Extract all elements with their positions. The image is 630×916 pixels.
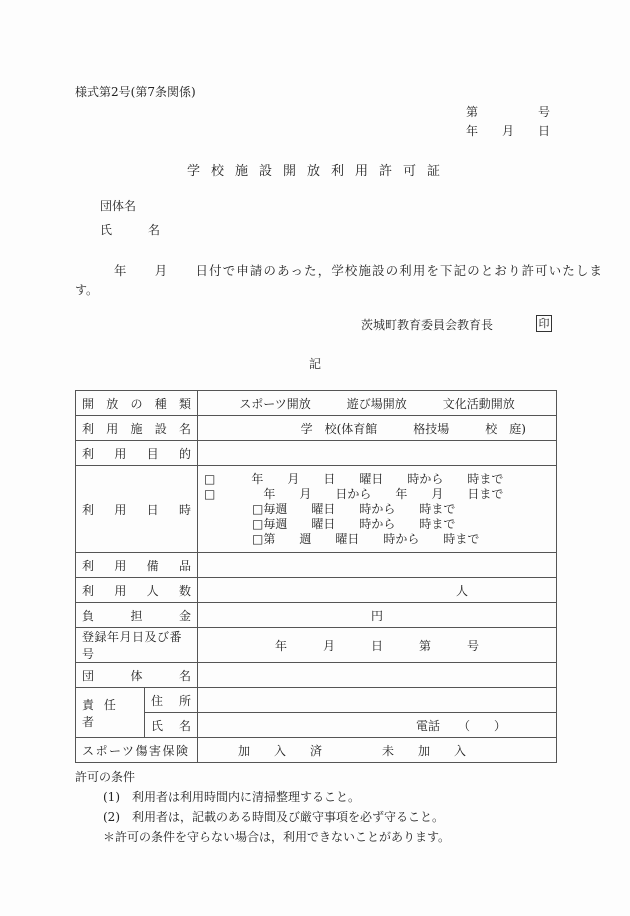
table-row: 利用目的: [76, 441, 557, 466]
schedule-option-weekly-1[interactable]: □毎週 曜日 時から 時まで: [204, 502, 550, 517]
conditions-heading: 許可の条件: [75, 767, 450, 787]
schedule-field[interactable]: □ 年 月 日 曜日 時から 時まで □ 年 月 日から 年 月 日まで □毎週…: [198, 466, 557, 553]
name-label: 氏名: [145, 713, 198, 738]
table-row: 開放の種類 スポーツ開放 遊び場開放 文化活動開放: [76, 391, 557, 416]
issuer-name: 茨城町教育委員会教育長: [361, 316, 493, 333]
table-row: 利用施設名 学 校(体育館 格技場 校 庭): [76, 416, 557, 441]
year-label: 年: [466, 122, 478, 139]
document-number: 第 号: [466, 103, 550, 120]
month-label: 月: [502, 122, 514, 139]
table-row: 登録年月日及び番号 年 月 日 第 号: [76, 628, 557, 663]
day-label: 日: [538, 122, 550, 139]
permit-table: 開放の種類 スポーツ開放 遊び場開放 文化活動開放 利用施設名 学 校(体育館 …: [75, 390, 557, 763]
condition-item: (2) 利用者は，記載のある時間及び厳守事項を必ず守ること。: [75, 807, 450, 827]
registration-field[interactable]: 年 月 日 第 号: [198, 628, 557, 663]
ki-heading: 記: [0, 355, 630, 372]
attendee-count-field[interactable]: 人: [198, 578, 557, 603]
person-name-label: 氏 名: [100, 221, 172, 238]
insurance-label: スポーツ傷害保険: [76, 738, 198, 763]
table-row: 氏名 電話 （ ）: [76, 713, 557, 738]
row-label: 利用備品: [76, 553, 198, 578]
condition-item: (1) 利用者は利用時間内に清掃整理すること。: [75, 787, 450, 807]
schedule-option-nth-week[interactable]: □第 週 曜日 時から 時まで: [204, 532, 550, 547]
equipment-field[interactable]: [198, 553, 557, 578]
table-row: スポーツ傷害保険 加 入 済 未 加 入: [76, 738, 557, 763]
row-label: 利用日時: [76, 466, 198, 553]
address-label: 住所: [145, 688, 198, 713]
table-row: 利用備品: [76, 553, 557, 578]
table-row: 利用日時 □ 年 月 日 曜日 時から 時まで □ 年 月 日から 年 月 日ま…: [76, 466, 557, 553]
facility-field[interactable]: 学 校(体育館 格技場 校 庭): [198, 416, 557, 441]
row-label: 負担金: [76, 603, 198, 628]
row-label: 開放の種類: [76, 391, 198, 416]
row-label: 団体名: [76, 663, 198, 688]
schedule-option-range[interactable]: □ 年 月 日から 年 月 日まで: [204, 487, 550, 502]
conditions: 許可の条件 (1) 利用者は利用時間内に清掃整理すること。 (2) 利用者は，記…: [75, 767, 450, 847]
number-prefix: 第: [466, 103, 478, 120]
row-label: 利用施設名: [76, 416, 198, 441]
form-id: 様式第2号(第7条関係): [75, 83, 196, 100]
row-label: 利用人数: [76, 578, 198, 603]
table-row: 団体名: [76, 663, 557, 688]
seal-icon: 印: [536, 315, 552, 332]
open-type-options[interactable]: スポーツ開放 遊び場開放 文化活動開放: [198, 391, 557, 416]
purpose-field[interactable]: [198, 441, 557, 466]
group-name-field[interactable]: [198, 663, 557, 688]
table-row: 利用人数 人: [76, 578, 557, 603]
fee-field[interactable]: 円: [198, 603, 557, 628]
table-row: 責 任 者 住所: [76, 688, 557, 713]
name-phone-field[interactable]: 電話 （ ）: [198, 713, 557, 738]
schedule-option-single[interactable]: □ 年 月 日 曜日 時から 時まで: [204, 472, 550, 487]
body-text-line1: 年 月 日付で申請のあった，学校施設の利用を下記のとおり許可いたしま: [114, 261, 603, 279]
insurance-options[interactable]: 加 入 済 未 加 入: [198, 738, 557, 763]
body-text-line2: す。: [75, 281, 98, 298]
address-field[interactable]: [198, 688, 557, 713]
page-title: 学校施設開放利用許可証: [0, 160, 630, 179]
org-name-label: 団体名: [100, 197, 136, 214]
row-label: 利用目的: [76, 441, 198, 466]
number-suffix: 号: [538, 103, 550, 120]
row-label: 登録年月日及び番号: [76, 628, 198, 663]
issue-date: 年 月 日: [466, 122, 550, 139]
table-row: 負担金 円: [76, 603, 557, 628]
schedule-option-weekly-2[interactable]: □毎週 曜日 時から 時まで: [204, 517, 550, 532]
condition-note: ＊許可の条件を守らない場合は，利用できないことがあります。: [75, 827, 450, 847]
responsible-label: 責 任 者: [76, 688, 145, 738]
